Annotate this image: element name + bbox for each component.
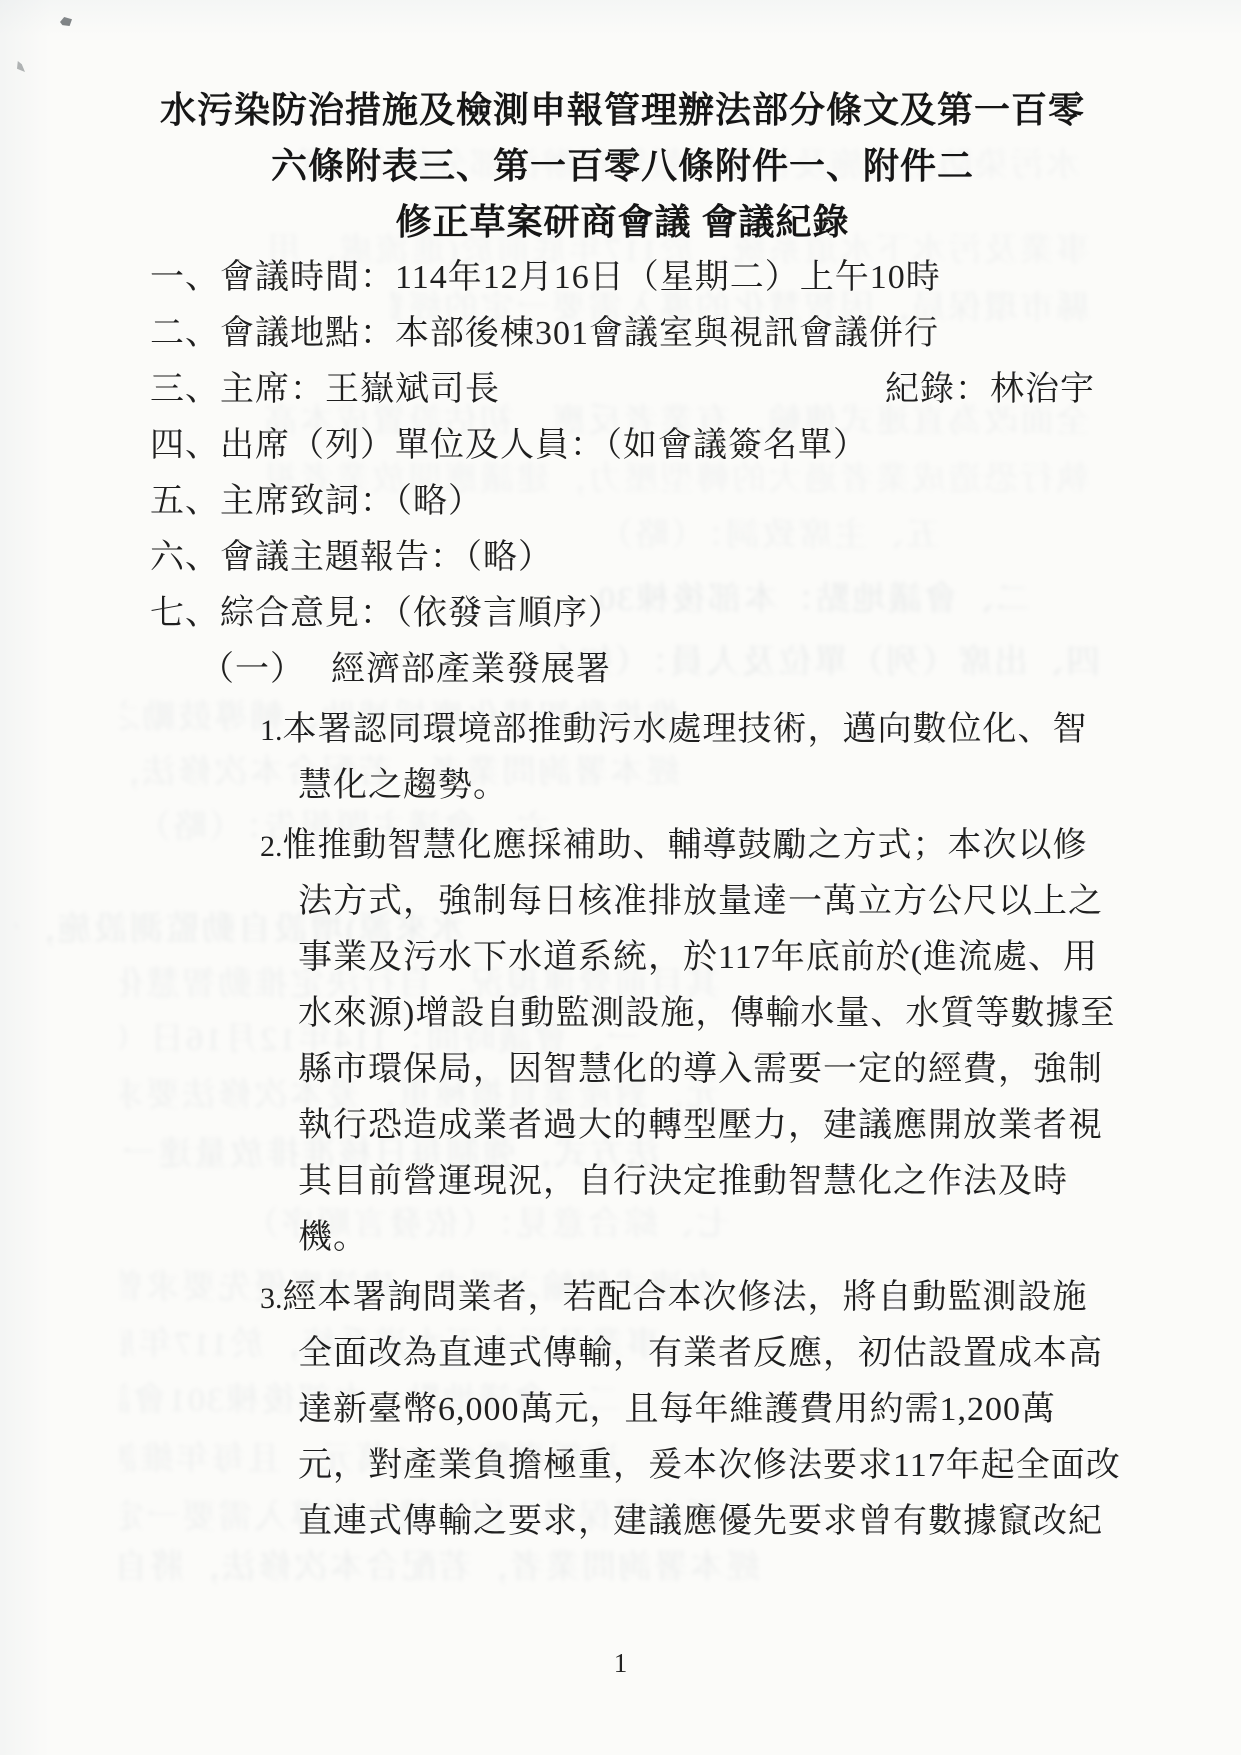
- document-title: 水污染防治措施及檢測申報管理辦法部分條文及第一百零 六條附表三、第一百零八條附件…: [150, 82, 1095, 250]
- meeting-time: 一、會議時間：114年12月16日（星期二）上午10時: [150, 250, 1095, 306]
- section-label: （一）: [200, 651, 305, 688]
- title-line-1: 水污染防治措施及檢測申報管理辦法部分條文及第一百零: [150, 82, 1095, 138]
- point-text: 其目前營運現況，自行決定推動智慧化之作法及時: [150, 1154, 1095, 1210]
- scan-speck: [17, 61, 25, 72]
- meeting-info-list: 一、會議時間：114年12月16日（星期二）上午10時 二、會議地點：本部後棟3…: [150, 250, 1095, 642]
- point-text: 本署認同環境部推動污水處理技術，邁向數位化、智: [283, 711, 1088, 748]
- point-number: 2.: [260, 830, 283, 863]
- point-text: 執行恐造成業者過大的轉型壓力，建議應開放業者視: [150, 1098, 1095, 1154]
- opinion-point-2: 2.惟推動智慧化應採補助、輔導鼓勵之方式；本次以修 法方式，強制每日核准排放量達…: [150, 818, 1095, 1266]
- point-text: 事業及污水下水道系統，於117年底前於(進流處、用: [150, 930, 1095, 986]
- title-line-3: 修正草案研商會議 會議紀錄: [150, 194, 1095, 250]
- topic-report: 六、會議主題報告：（略）: [150, 530, 1095, 586]
- point-text: 機。: [150, 1210, 1095, 1266]
- opinion-point-3: 3.經本署詢問業者，若配合本次修法，將自動監測設施 全面改為直連式傳輸，有業者反…: [150, 1270, 1095, 1550]
- scan-speck: [60, 17, 72, 26]
- point-text: 法方式，強制每日核准排放量達一萬立方公尺以上之: [150, 874, 1095, 930]
- point-text: 全面改為直連式傳輸，有業者反應，初估設置成本高: [150, 1326, 1095, 1382]
- point-text: 直連式傳輸之要求，建議應優先要求曾有數據竄改紀: [150, 1494, 1095, 1550]
- chair-remarks: 五、主席致詞：（略）: [150, 474, 1095, 530]
- section-heading: （一）經濟部產業發展署: [150, 642, 1095, 698]
- document-content: 水污染防治措施及檢測申報管理辦法部分條文及第一百零 六條附表三、第一百零八條附件…: [150, 82, 1095, 1550]
- title-line-2: 六條附表三、第一百零八條附件一、附件二: [150, 138, 1095, 194]
- point-text: 慧化之趨勢。: [150, 758, 1095, 814]
- point-number: 1.: [260, 714, 283, 747]
- meeting-recorder: 紀錄：林治宇: [885, 362, 1095, 418]
- point-text: 惟推動智慧化應採補助、輔導鼓勵之方式；本次以修: [283, 827, 1088, 864]
- meeting-chair: 三、主席：王嶽斌司長: [150, 362, 500, 418]
- page-number: 1: [0, 1648, 1241, 1679]
- scanned-document-page: 水污染防治措施及檢測申報管理辦法部分條文及第一百零 事業及污水下水道系統，於11…: [0, 0, 1241, 1755]
- point-text: 經本署詢問業者，若配合本次修法，將自動監測設施: [283, 1279, 1088, 1316]
- opinion-point-1: 1.本署認同環境部推動污水處理技術，邁向數位化、智 慧化之趨勢。: [150, 702, 1095, 814]
- meeting-attendees: 四、出席（列）單位及人員：（如會議簽名單）: [150, 418, 1095, 474]
- meeting-chair-row: 三、主席：王嶽斌司長 紀錄：林治宇: [150, 362, 1095, 418]
- point-text: 水來源)增設自動監測設施，傳輸水量、水質等數據至: [150, 986, 1095, 1042]
- opinion-points: 1.本署認同環境部推動污水處理技術，邁向數位化、智 慧化之趨勢。 2.惟推動智慧…: [150, 702, 1095, 1550]
- meeting-place: 二、會議地點：本部後棟301會議室與視訊會議併行: [150, 306, 1095, 362]
- point-text: 元，對產業負擔極重，爰本次修法要求117年起全面改: [150, 1438, 1095, 1494]
- point-number: 3.: [260, 1282, 283, 1315]
- general-opinions: 七、綜合意見：（依發言順序）: [150, 586, 1095, 642]
- section-agency: 經濟部產業發展署: [331, 651, 611, 688]
- point-text: 達新臺幣6,000萬元，且每年維護費用約需1,200萬: [150, 1382, 1095, 1438]
- point-text: 縣市環保局，因智慧化的導入需要一定的經費，強制: [150, 1042, 1095, 1098]
